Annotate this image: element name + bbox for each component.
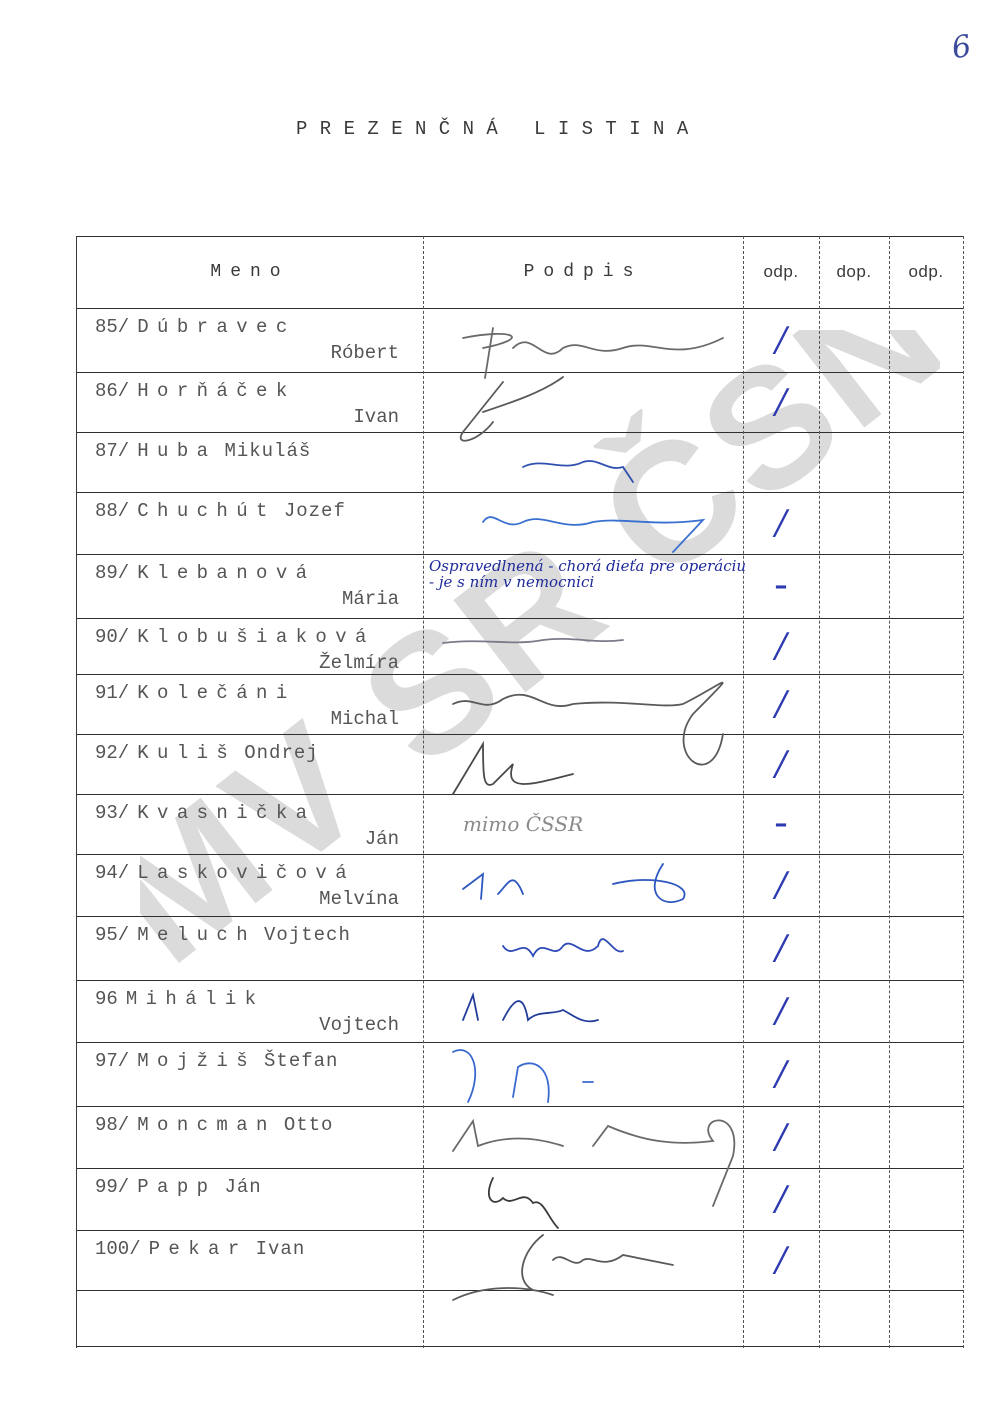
attendance-mark: / <box>743 854 819 916</box>
attendance-mark: – <box>743 554 819 618</box>
table-row: 86/HorňáčekIvan/ <box>77 372 963 432</box>
attendance-mark: / <box>743 916 819 980</box>
column-header-name: Meno <box>77 236 423 308</box>
signature-cell: mimo ČSSR <box>423 794 743 854</box>
signature-cell <box>423 674 743 734</box>
attendee-surname: Papp <box>137 1176 216 1198</box>
attendee-name: 94/Laskovičová <box>95 862 355 884</box>
handwritten-signature <box>423 1230 743 1290</box>
attendee-name: 85/Dúbravec <box>95 316 296 338</box>
attendee-number: 96 <box>95 988 118 1010</box>
attendee-number: 93/ <box>95 802 129 824</box>
signature-cell <box>423 1230 743 1290</box>
attendance-mark: / <box>743 1230 819 1290</box>
attendee-number: 98/ <box>95 1114 129 1136</box>
attendee-number: 94/ <box>95 862 129 884</box>
handwritten-signature <box>423 492 743 554</box>
signature-cell <box>423 308 743 372</box>
table-row: 99/PappJán/ <box>77 1168 963 1230</box>
attendee-number: 90/ <box>95 626 129 648</box>
attendee-name: 86/Horňáček <box>95 380 296 402</box>
handwritten-signature <box>423 674 743 734</box>
handwritten-signature <box>423 916 743 980</box>
table-row: 88/ChuchútJozef/ <box>77 492 963 554</box>
attendee-given-name: Ján <box>224 1176 261 1198</box>
table-border-top <box>77 236 963 237</box>
signature-cell <box>423 432 743 492</box>
attendee-name: 99/PappJán <box>95 1176 262 1198</box>
attendee-given-name: Ján <box>77 828 423 850</box>
absence-note: mimo ČSSR <box>463 812 583 836</box>
attendee-name: 91/Kolečáni <box>95 682 296 704</box>
signature-cell <box>423 734 743 794</box>
attendee-number: 100/ <box>95 1238 141 1260</box>
page-number: 6 <box>949 29 974 67</box>
table-row: 91/KolečániMichal/ <box>77 674 963 734</box>
attendance-mark: / <box>743 492 819 554</box>
attendance-mark: / <box>743 1106 819 1168</box>
attendee-given-name: Ivan <box>256 1238 306 1260</box>
attendee-name: 96Mihálik <box>95 988 264 1010</box>
attendee-surname: Klobušiaková <box>137 626 375 648</box>
document-title: PREZENČNÁ LISTINA <box>296 118 701 140</box>
attendee-name: 88/ChuchútJozef <box>95 500 346 522</box>
attendee-name: 93/Kvasnička <box>95 802 315 824</box>
attendee-name: 98/MoncmanOtto <box>95 1114 333 1136</box>
table-row: 96MihálikVojtech/ <box>77 980 963 1042</box>
row-divider <box>77 1290 963 1291</box>
attendee-number: 88/ <box>95 500 129 522</box>
attendee-given-name: Mária <box>77 588 423 610</box>
signature-cell <box>423 916 743 980</box>
attendee-given-name: Želmíra <box>77 652 423 674</box>
table-row: 100/PekarIvan/ <box>77 1230 963 1290</box>
signature-cell <box>423 980 743 1042</box>
attendee-given-name: Jozef <box>284 500 346 522</box>
signature-cell <box>423 854 743 916</box>
attendee-name: 89/Klebanová <box>95 562 315 584</box>
table-row: 97/MojžišŠtefan/ <box>77 1042 963 1106</box>
table-row: 90/KlobušiakováŽelmíra/ <box>77 618 963 674</box>
signature-cell <box>423 1106 743 1168</box>
signature-cell <box>423 1168 743 1230</box>
attendee-given-name: Štefan <box>264 1050 338 1072</box>
attendee-surname: Laskovičová <box>137 862 355 884</box>
attendee-name: 92/KulišOndrej <box>95 742 319 764</box>
attendee-surname: Mihálik <box>126 988 265 1010</box>
signature-cell <box>423 618 743 674</box>
attendee-number: 85/ <box>95 316 129 338</box>
table-row: 85/DúbravecRóbert/ <box>77 308 963 372</box>
attendee-given-name: Michal <box>77 708 423 730</box>
column-header-odp-2: odp. <box>889 236 963 308</box>
handwritten-signature <box>423 308 743 372</box>
handwritten-signature <box>423 1042 743 1106</box>
attendance-mark: / <box>743 618 819 674</box>
column-header-signature: Podpis <box>423 236 743 308</box>
table-border-bottom <box>77 1346 963 1347</box>
attendance-mark: / <box>743 372 819 432</box>
attendee-number: 89/ <box>95 562 129 584</box>
attendee-surname: Meluch <box>137 924 256 946</box>
attendee-surname: Kvasnička <box>137 802 315 824</box>
attendance-mark: / <box>743 734 819 794</box>
attendee-given-name: Ondrej <box>244 742 318 764</box>
signature-cell <box>423 492 743 554</box>
signature-cell: Ospravedlnená - chorá dieťa pre operáciu… <box>423 554 743 618</box>
attendance-mark <box>743 432 819 492</box>
attendee-given-name: Vojtech <box>77 1014 423 1036</box>
handwritten-signature <box>423 1106 743 1168</box>
table-row: 89/KlebanováMáriaOspravedlnená - chorá d… <box>77 554 963 618</box>
attendee-name: 100/PekarIvan <box>95 1238 305 1260</box>
attendee-surname: Mojžiš <box>137 1050 256 1072</box>
attendance-mark: / <box>743 980 819 1042</box>
attendee-given-name: Vojtech <box>264 924 351 946</box>
attendee-number: 95/ <box>95 924 129 946</box>
attendee-given-name: Róbert <box>77 342 423 364</box>
attendee-surname: Huba <box>137 440 216 462</box>
handwritten-signature <box>423 980 743 1042</box>
attendee-surname: Kuliš <box>137 742 236 764</box>
handwritten-signature <box>423 734 743 794</box>
signature-cell <box>423 372 743 432</box>
attendee-surname: Moncman <box>137 1114 276 1136</box>
column-header-dop: dop. <box>819 236 889 308</box>
handwritten-signature <box>423 432 743 492</box>
handwritten-signature <box>423 372 743 432</box>
attendee-surname: Horňáček <box>137 380 295 402</box>
attendee-name: 87/HubaMikuláš <box>95 440 311 462</box>
absence-note: Ospravedlnená - chorá dieťa pre operáciu… <box>429 558 749 590</box>
table-row: 98/MoncmanOtto/ <box>77 1106 963 1168</box>
attendee-given-name: Melvína <box>77 888 423 910</box>
attendee-surname: Pekar <box>149 1238 248 1260</box>
table-row: 94/LaskovičováMelvína/ <box>77 854 963 916</box>
attendee-surname: Chuchút <box>137 500 276 522</box>
attendance-mark: / <box>743 308 819 372</box>
table-row: 93/KvasničkaJánmimo ČSSR– <box>77 794 963 854</box>
attendance-table: Meno Podpis odp. dop. odp. 85/DúbravecRó… <box>76 236 964 1348</box>
handwritten-signature <box>423 854 743 916</box>
attendee-number: 86/ <box>95 380 129 402</box>
attendee-given-name: Ivan <box>77 406 423 428</box>
attendance-mark: / <box>743 1168 819 1230</box>
attendee-name: 90/Klobušiaková <box>95 626 375 648</box>
attendee-name: 95/MeluchVojtech <box>95 924 351 946</box>
attendee-given-name: Otto <box>284 1114 334 1136</box>
table-row: 87/HubaMikuláš <box>77 432 963 492</box>
table-row: 95/MeluchVojtech/ <box>77 916 963 980</box>
attendee-surname: Klebanová <box>137 562 315 584</box>
attendee-surname: Kolečáni <box>137 682 295 704</box>
attendee-number: 99/ <box>95 1176 129 1198</box>
handwritten-signature <box>423 1168 743 1230</box>
handwritten-signature <box>423 618 743 674</box>
attendee-surname: Dúbravec <box>137 316 295 338</box>
attendance-mark: – <box>743 794 819 854</box>
column-header-odp-1: odp. <box>743 236 819 308</box>
attendee-number: 92/ <box>95 742 129 764</box>
signature-cell <box>423 1042 743 1106</box>
attendance-mark: / <box>743 674 819 734</box>
attendee-number: 91/ <box>95 682 129 704</box>
attendee-given-name: Mikuláš <box>224 440 311 462</box>
attendee-name: 97/MojžišŠtefan <box>95 1050 338 1072</box>
attendee-number: 87/ <box>95 440 129 462</box>
attendance-mark: / <box>743 1042 819 1106</box>
table-row: 92/KulišOndrej/ <box>77 734 963 794</box>
attendee-number: 97/ <box>95 1050 129 1072</box>
